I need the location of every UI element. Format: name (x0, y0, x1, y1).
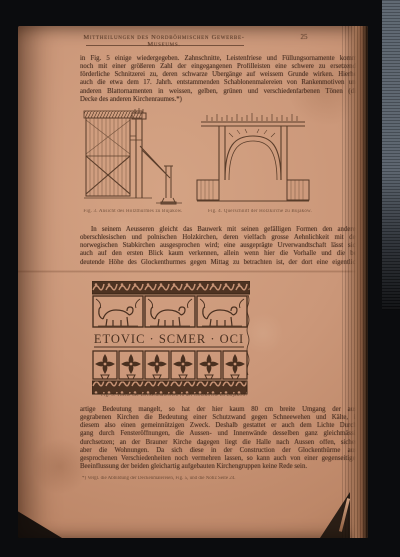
text-line: Decke des anderen Kirchenraumes.*) (80, 96, 359, 104)
figure-caption-right: Fig. 4. Querschnitt der Holzkirche zu Bu… (196, 209, 324, 214)
ornament-plate-illustration: ETOVIC · SCMER · OCI (92, 281, 250, 400)
page-fore-edge (342, 26, 368, 538)
text-line: förderliche Schnitzerei zu, deren schwar… (80, 71, 359, 79)
page-corner-sliver (339, 498, 350, 532)
text-line: durchsetzen; an der Brauner Kirche dageg… (80, 439, 359, 447)
text-line: norwegischen Stabkirchen ausgesprochen w… (80, 242, 359, 250)
figure-caption-left: Fig. 3. Ansicht des Holzthurmes zu Bujak… (70, 209, 196, 214)
text-line: artige Bedeutung mangelt, so hat der hie… (80, 406, 359, 414)
text-line: Beeinflussung der beiden gleichartig auf… (80, 463, 359, 471)
footnote: *) Vergl. die Abbildung der Deckenmalere… (82, 476, 272, 481)
text-line: anderen Blattornamenten in weissen, gelb… (80, 88, 359, 96)
text-line: gesprochenen Verschiedenheiten noch verm… (80, 455, 359, 463)
background-backdrop (382, 0, 400, 310)
ornament-caption: Fig. 5. Theile der Deckenmalereien in de… (76, 393, 272, 398)
tower-figure-illustration (82, 106, 192, 210)
book-page: Mittheilungen des Nordböhmischen Gewerbe… (18, 26, 368, 538)
text-line: In seinem Aeusseren gleicht das Bauwerk … (80, 226, 359, 234)
inscription-text: ETOVIC · SCMER · OCI (94, 332, 244, 346)
paragraph-2: In seinem Aeusseren gleicht das Bauwerk … (80, 226, 359, 267)
header-rule (86, 45, 244, 46)
text-line: auch die etwa dem 17. Jahrh. entstammend… (80, 79, 359, 87)
page-crease (18, 270, 368, 273)
shadow-corner-bottom-left (18, 500, 62, 538)
arch-figure-illustration (195, 109, 312, 210)
text-line: deutende Höhe des Glockenthurmes gegen M… (80, 259, 359, 267)
book-photograph: Mittheilungen des Nordböhmischen Gewerbe… (0, 0, 400, 557)
text-line: gang durch Fensteröffnungen, die Aussen-… (80, 430, 359, 438)
text-line: oberschlesischen und polnischen Holzkirc… (80, 234, 359, 242)
page-number: 25 (293, 33, 315, 41)
paragraph-3: artige Bedeutung mangelt, so hat der hie… (80, 406, 359, 471)
text-line: noch mit einer größeren Zahl der eingega… (80, 63, 359, 71)
text-line: auch auf den ersten Blick kaum verkennen… (80, 250, 359, 258)
text-line: in Fig. 5 einige wiedergegeben. Zahnschn… (80, 55, 359, 63)
paragraph-1: in Fig. 5 einige wiedergegeben. Zahnschn… (80, 55, 359, 104)
text-line: aber die Wohnungen. Da sich diese in der… (80, 447, 359, 455)
text-line: gegrabenen Kirchen die Bedeutung einer S… (80, 414, 359, 422)
text-line: diesem also einen gemeinnützigen Zweck. … (80, 422, 359, 430)
